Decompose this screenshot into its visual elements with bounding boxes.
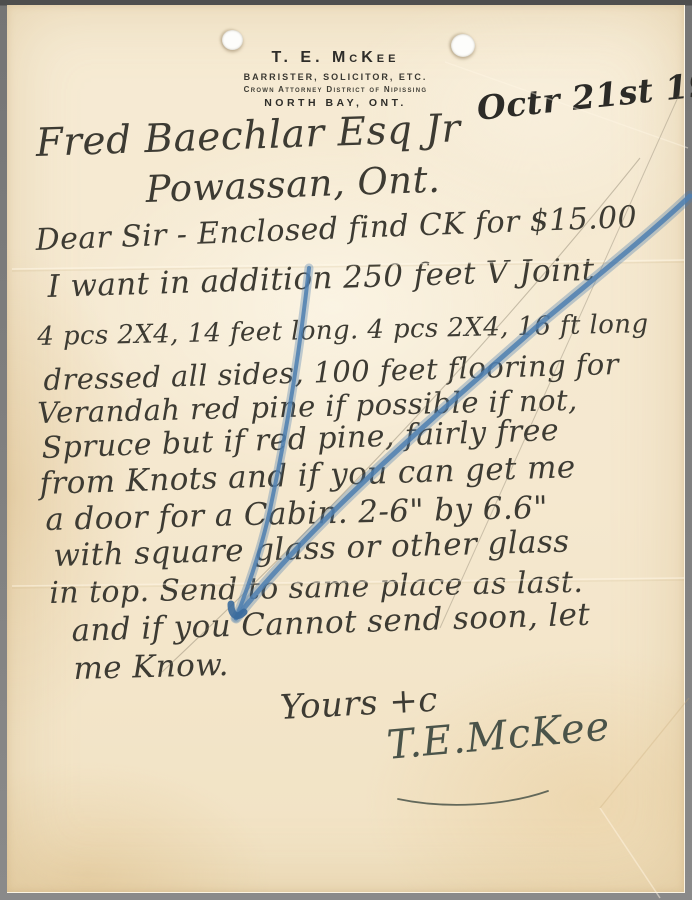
scanned-letter: T. E. McKee BARRISTER, SOLICITOR, ETC. C…	[0, 0, 692, 900]
recipient-place: Powassan, Ont.	[145, 158, 441, 211]
letterhead-name: T. E. McKee	[7, 49, 664, 67]
body-line: I want in addition 250 feet V Joint	[47, 252, 595, 305]
recipient-name: Fred Baechlar Esq Jr	[35, 106, 461, 166]
letter-page: T. E. McKee BARRISTER, SOLICITOR, ETC. C…	[7, 5, 685, 893]
body-line: Dear Sir - Enclosed find CK for $15.00	[35, 200, 638, 258]
body-line: me Know.	[73, 647, 229, 687]
punch-hole-left	[222, 30, 243, 50]
body-line: 4 pcs 2X4, 14 feet long. 4 pcs 2X4, 16 f…	[37, 309, 649, 352]
